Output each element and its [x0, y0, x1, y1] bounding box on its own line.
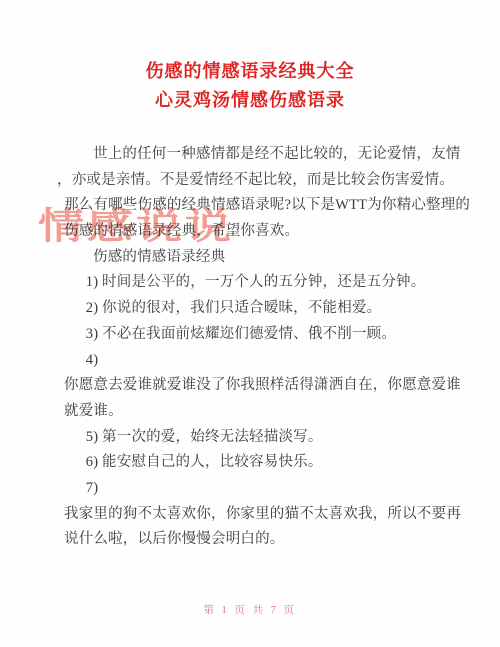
document-page: 伤感的情感语录经典大全 心灵鸡汤情感伤感语录 情感说说 世上的任何一种感情都是经…: [0, 0, 500, 647]
text-line: 我家里的狗不太喜欢你，你家里的猫不太喜欢我，所以不要再: [64, 502, 444, 528]
text-line: 伤感的情感语录经典，希望你喜欢。: [64, 219, 444, 245]
text-line: 那么有哪些伤感的经典情感语录呢?以下是WTT为你精心整理的: [64, 193, 444, 219]
text-line: ，亦或是亲情。不是爱情经不起比较，而是比较会伤害爱情。: [57, 168, 444, 194]
list-item: 4): [64, 348, 444, 374]
section-heading: 伤感的情感语录经典: [64, 245, 444, 271]
text-line: 就爱谁。: [64, 399, 444, 425]
page-title-line-2: 心灵鸡汤情感伤感语录: [0, 86, 500, 115]
list-item: 2) 你说的很对，我们只适合暧昧，不能相爱。: [64, 296, 444, 322]
page-footer: 第 1 页 共 7 页: [0, 602, 500, 617]
page-title-line-1: 伤感的情感语录经典大全: [0, 57, 500, 86]
list-item: 3) 不必在我面前炫耀迩们德爱情、俄不削一顾。: [64, 322, 444, 348]
text-line: 你愿意去爱谁就爱谁没了你我照样活得潇洒自在，你愿意爱谁: [64, 373, 444, 399]
page-title: 伤感的情感语录经典大全 心灵鸡汤情感伤感语录: [0, 57, 500, 115]
document-body: 世上的任何一种感情都是经不起比较的，无论爱情，友情 ，亦或是亲情。不是爱情经不起…: [64, 142, 444, 553]
list-item: 5) 第一次的爱，始终无法轻描淡写。: [64, 425, 444, 451]
list-item: 6) 能安慰自己的人，比较容易快乐。: [64, 450, 444, 476]
list-item: 7): [64, 476, 444, 502]
text-line: 世上的任何一种感情都是经不起比较的，无论爱情，友情: [64, 142, 444, 168]
list-item: 1) 时间是公平的，一万个人的五分钟，还是五分钟。: [64, 270, 444, 296]
text-line: 说什么啦，以后你慢慢会明白的。: [64, 527, 444, 553]
